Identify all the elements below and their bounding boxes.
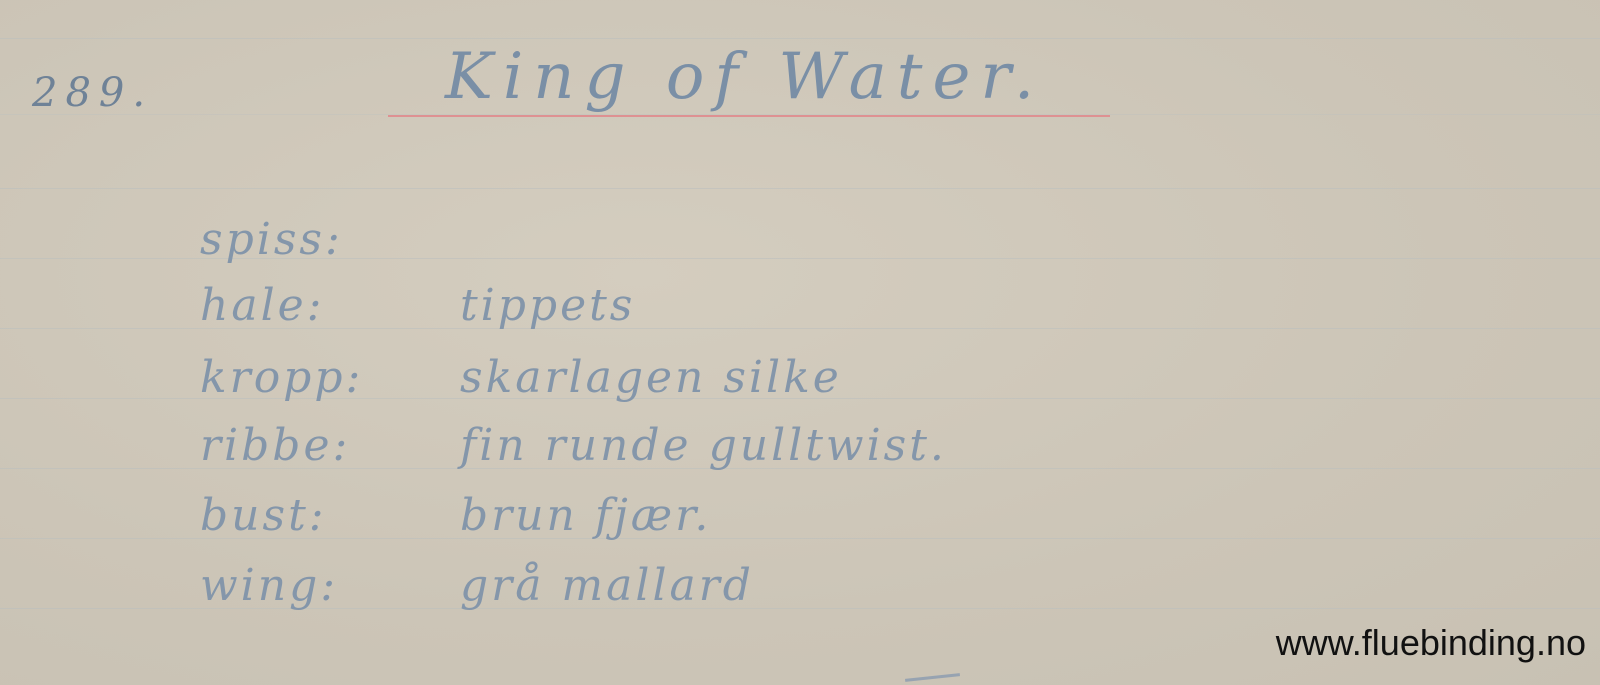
recipe-label-wing: wing: — [200, 560, 460, 611]
watermark-link[interactable]: www.fluebinding.no — [1276, 622, 1586, 664]
recipe-value-hale: tippets — [460, 280, 635, 331]
recipe-value-kropp: skarlagen silke — [460, 352, 842, 403]
recipe-label-kropp: kropp: — [200, 352, 460, 403]
title-underline — [388, 115, 1110, 117]
ink-stroke-fragment — [905, 673, 960, 682]
recipe-value-ribbe: fin runde gulltwist. — [460, 420, 947, 471]
ruled-line — [0, 188, 1600, 189]
recipe-label-hale: hale: — [200, 280, 460, 331]
notebook-page: 289. King of Water. spiss: hale: tippets… — [0, 0, 1600, 685]
ruled-line — [0, 38, 1600, 39]
entry-number: 289. — [32, 70, 153, 116]
recipe-label-spiss: spiss: — [200, 214, 460, 265]
recipe-label-bust: bust: — [200, 490, 460, 541]
entry-title: King of Water. — [445, 40, 1044, 114]
recipe-value-wing: grå mallard — [460, 560, 754, 611]
recipe-label-ribbe: ribbe: — [200, 420, 460, 471]
recipe-value-bust: brun fjær. — [460, 490, 711, 541]
